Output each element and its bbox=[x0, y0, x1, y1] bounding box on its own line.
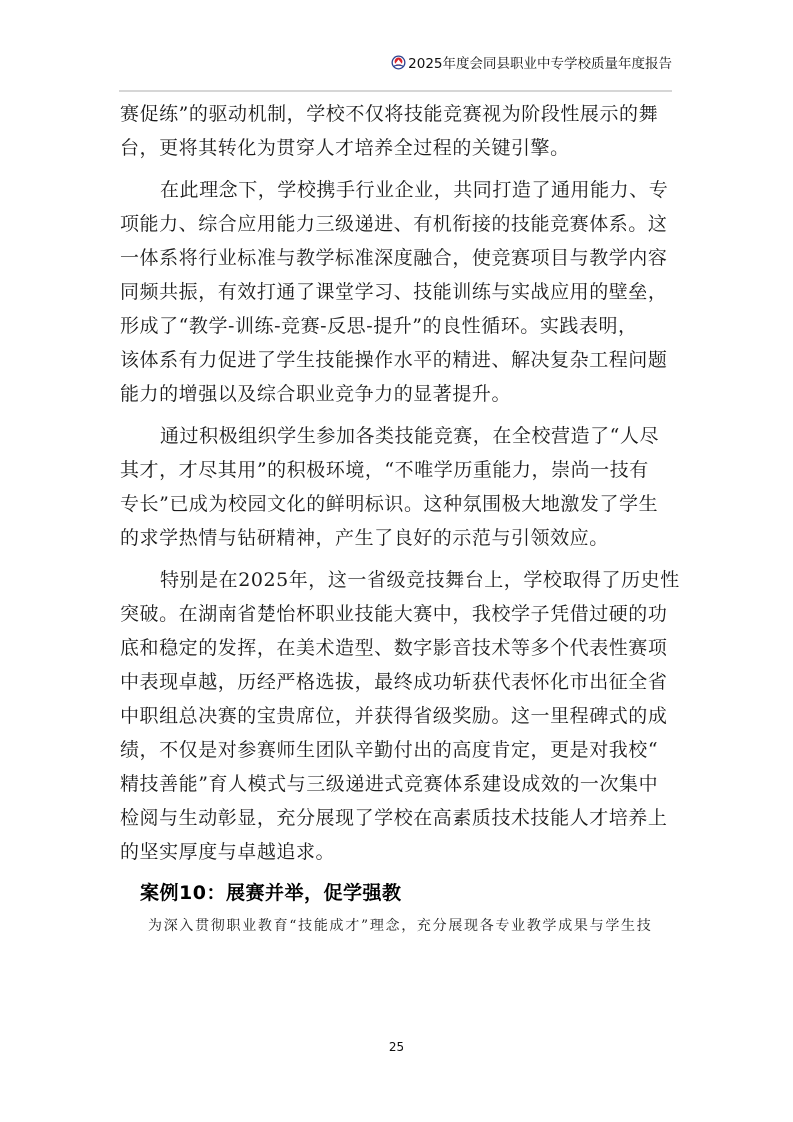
report-title: 2025年度会同县职业中专学校质量年度报告 bbox=[408, 52, 672, 72]
text-line: 通过积极组织学生参加各类技能竞赛，在全校营造了“人尽 bbox=[120, 419, 676, 453]
text-line: 检阅与生动彰显，充分展现了学校在高素质技术技能人才培养上 bbox=[120, 801, 676, 835]
case-intro-text: 为深入贯彻职业教育“技能成才”理念，充分展现各专业教学成果与学生技 bbox=[120, 910, 676, 942]
text-line: 的坚实厚度与卓越追求。 bbox=[120, 835, 676, 869]
text-line: 特别是在2025年，这一省级竞技舞台上，学校取得了历史性 bbox=[120, 563, 676, 597]
text-line: 在此理念下，学校携手行业企业，共同打造了通用能力、专 bbox=[120, 173, 676, 207]
text-line: 绩，不仅是对参赛师生团队辛勤付出的高度肯定，更是对我校“ bbox=[120, 733, 676, 767]
page-header: 2025年度会同县职业中专学校质量年度报告 bbox=[391, 52, 672, 72]
text-line: 其才，才尽其用”的积极环境，“不唯学历重能力，崇尚一技有 bbox=[120, 453, 676, 487]
text-line: 中表现卓越，历经严格选拔，最终成功斩获代表怀化市出征全省 bbox=[120, 665, 676, 699]
text-line: 专长”已成为校园文化的鲜明标识。这种氛围极大地激发了学生 bbox=[120, 487, 676, 521]
case-heading: 案例10：展赛并举，促学强教 bbox=[120, 876, 676, 910]
text-line: 台，更将其转化为贯穿人才培养全过程的关键引擎。 bbox=[120, 131, 676, 165]
text-line: 能力的增强以及综合职业竞争力的显著提升。 bbox=[120, 377, 676, 411]
paragraph-1: 赛促练”的驱动机制，学校不仅将技能竞赛视为阶段性展示的舞 台，更将其转化为贯穿人… bbox=[120, 97, 676, 165]
text-line: 形成了“教学-训练-竞赛-反思-提升”的良性循环。实践表明， bbox=[120, 309, 676, 343]
paragraph-2: 在此理念下，学校携手行业企业，共同打造了通用能力、专 项能力、综合应用能力三级递… bbox=[120, 173, 676, 411]
text-line: 该体系有力促进了学生技能操作水平的精进、解决复杂工程问题 bbox=[120, 343, 676, 377]
paragraph-3: 通过积极组织学生参加各类技能竞赛，在全校营造了“人尽 其才，才尽其用”的积极环境… bbox=[120, 419, 676, 555]
text-line: 同频共振，有效打通了课堂学习、技能训练与实战应用的壁垒， bbox=[120, 275, 676, 309]
paragraph-4: 特别是在2025年，这一省级竞技舞台上，学校取得了历史性 突破。在湖南省楚怡杯职… bbox=[120, 563, 676, 869]
school-emblem-icon bbox=[391, 55, 406, 70]
text-line: 底和稳定的发挥，在美术造型、数字影音技术等多个代表性赛项 bbox=[120, 631, 676, 665]
text-line: 突破。在湖南省楚怡杯职业技能大赛中，我校学子凭借过硬的功 bbox=[120, 597, 676, 631]
document-body: 赛促练”的驱动机制，学校不仅将技能竞赛视为阶段性展示的舞 台，更将其转化为贯穿人… bbox=[120, 97, 676, 942]
text-line: 赛促练”的驱动机制，学校不仅将技能竞赛视为阶段性展示的舞 bbox=[120, 97, 676, 131]
text-line: 的求学热情与钻研精神，产生了良好的示范与引领效应。 bbox=[120, 521, 676, 555]
text-line: 一体系将行业标准与教学标准深度融合，使竞赛项目与教学内容 bbox=[120, 241, 676, 275]
header-divider bbox=[119, 90, 672, 92]
text-line: 中职组总决赛的宝贵席位，并获得省级奖励。这一里程碑式的成 bbox=[120, 699, 676, 733]
text-line: 项能力、综合应用能力三级递进、有机衔接的技能竞赛体系。这 bbox=[120, 207, 676, 241]
page-number: 25 bbox=[0, 1040, 793, 1054]
text-line: 精技善能”育人模式与三级递进式竞赛体系建设成效的一次集中 bbox=[120, 767, 676, 801]
